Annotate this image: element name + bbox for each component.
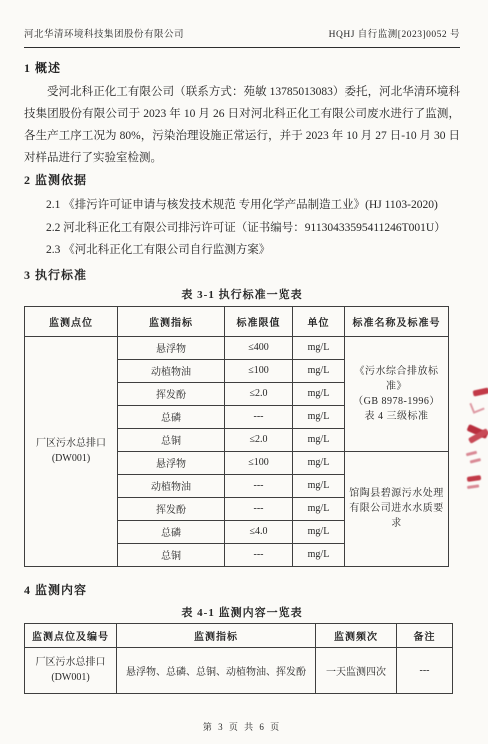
limit-cell: ≤4.0 [225,520,293,543]
col-header-indicator: 监测指标 [118,306,225,336]
col-header-standard: 标准名称及标准号 [345,306,449,336]
indicator-cell: 悬浮物 [118,451,225,474]
indicator-cell: 挥发酚 [118,497,225,520]
col-header-unit: 单位 [293,306,345,336]
red-seal-fragment [473,387,488,396]
basis-item: 2.3 《河北科正化工有限公司自行监测方案》 [46,239,460,262]
red-seal-fragment [467,475,482,482]
unit-cell: mg/L [293,428,345,451]
indicator-cell: 动植物油 [118,359,225,382]
limit-cell: ≤400 [225,336,293,359]
indicator-cell: 挥发酚 [118,382,225,405]
col-header-frequency: 监测频次 [316,623,397,647]
unit-cell: mg/L [293,520,345,543]
unit-cell: mg/L [293,382,345,405]
limit-cell: --- [225,405,293,428]
limit-cell: --- [225,474,293,497]
indicator-cell: 总磷 [118,405,225,428]
doc-header: 河北华清环境科技集团股份有限公司 HQHJ 自行监测[2023]0052 号 [24,26,460,48]
section-1-heading: 1 概述 [24,59,460,76]
indicator-cell: 动植物油 [118,474,225,497]
standard-line: （GB 8978-1996） [347,394,446,409]
page-number: 第 3 页 共 6 页 [24,720,460,733]
section-3-heading: 3 执行标准 [24,266,460,283]
unit-cell: mg/L [293,405,345,428]
col-header-limit: 标准限值 [225,306,293,336]
col-header-point: 监测点位 [25,306,118,336]
basis-list: 2.1 《排污许可证申请与核发技术规范 专用化学产品制造工业》(HJ 1103-… [24,194,460,262]
limit-cell: --- [225,543,293,566]
note-cell: --- [397,647,453,693]
section-2-heading: 2 监测依据 [24,171,460,188]
standard-line: 《污水综合排放标准》 [347,364,446,394]
company-name: 河北华清环境科技集团股份有限公司 [24,26,184,40]
limit-cell: ≤2.0 [225,382,293,405]
indicator-cell: 总磷 [118,520,225,543]
limit-cell: ≤100 [225,359,293,382]
indicator-cell: 总铜 [118,428,225,451]
content-table: 监测点位及编号 监测指标 监测频次 备注 厂区污水总排口 (DW001) 悬浮物… [24,623,453,694]
limit-cell: ≤2.0 [225,428,293,451]
doc-number: HQHJ 自行监测[2023]0052 号 [329,26,460,40]
overview-paragraph: 受河北科正化工有限公司（联系方式：苑敏 13785013083）委托，河北华清环… [24,81,460,169]
unit-cell: mg/L [293,543,345,566]
unit-cell: mg/L [293,336,345,359]
point-name: 厂区污水总排口 [27,436,115,451]
standard-name-cell: 馆陶县碧源污水处理有限公司进水水质要求 [345,451,449,566]
frequency-cell: 一天监测四次 [316,647,397,693]
limit-cell: --- [225,497,293,520]
monitoring-point-cell: 厂区污水总排口 (DW001) [25,647,117,693]
table-row: 厂区污水总排口 (DW001) 悬浮物 ≤400 mg/L 《污水综合排放标准》… [25,336,449,359]
unit-cell: mg/L [293,474,345,497]
table-4-1-caption: 表 4-1 监测内容一览表 [24,604,460,620]
basis-item: 2.1 《排污许可证申请与核发技术规范 专用化学产品制造工业》(HJ 1103-… [46,194,460,217]
point-code: (DW001) [27,670,114,685]
unit-cell: mg/L [293,497,345,520]
col-header-point-id: 监测点位及编号 [25,623,117,647]
basis-item: 2.2 河北科正化工有限公司排污许可证（证书编号：911304335954112… [46,217,460,240]
limit-cell: ≤100 [225,451,293,474]
monitoring-point-cell: 厂区污水总排口 (DW001) [25,336,118,566]
standards-table: 监测点位 监测指标 标准限值 单位 标准名称及标准号 厂区污水总排口 (DW00… [24,306,449,567]
indicator-cell: 总铜 [118,543,225,566]
table-row: 厂区污水总排口 (DW001) 悬浮物、总磷、总铜、动植物油、挥发酚 一天监测四… [25,647,453,693]
red-seal-fragment [466,451,477,457]
section-4-heading: 4 监测内容 [24,581,460,598]
unit-cell: mg/L [293,451,345,474]
col-header-indicators: 监测指标 [117,623,316,647]
unit-cell: mg/L [293,359,345,382]
indicators-cell: 悬浮物、总磷、总铜、动植物油、挥发酚 [117,647,316,693]
point-code: (DW001) [27,451,115,466]
standard-line: 表 4 三级标准 [347,409,446,424]
table-header-row: 监测点位及编号 监测指标 监测频次 备注 [25,623,453,647]
table-3-1-caption: 表 3-1 执行标准一览表 [24,286,460,302]
table-header-row: 监测点位 监测指标 标准限值 单位 标准名称及标准号 [25,306,449,336]
document-page: 河北华清环境科技集团股份有限公司 HQHJ 自行监测[2023]0052 号 1… [0,0,488,744]
col-header-note: 备注 [397,623,453,647]
red-seal-fragment [469,399,484,414]
point-name: 厂区污水总排口 [27,655,114,670]
indicator-cell: 悬浮物 [118,336,225,359]
standard-name-cell: 《污水综合排放标准》 （GB 8978-1996） 表 4 三级标准 [345,336,449,451]
